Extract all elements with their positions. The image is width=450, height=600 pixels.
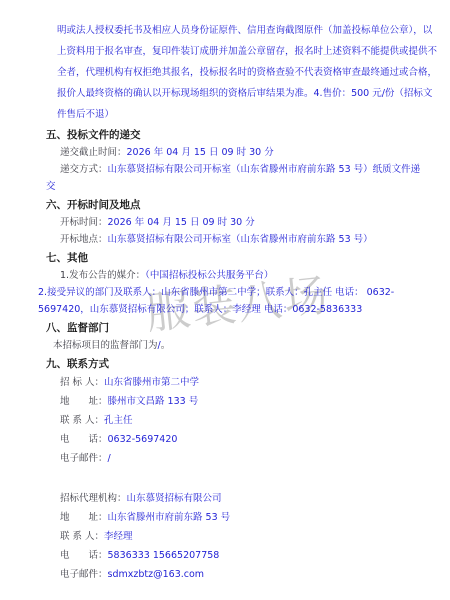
submission-deadline-value: 2026 年 04 月 15 日 09 时 30 分 — [127, 147, 274, 158]
intro-line: 全者，代理机构有权拒绝其报名，投标报名时的资格查验不代表资格审查最终通过或合格， — [57, 62, 426, 83]
tenderer-address-row: 地 址：滕州市文昌路 133 号 — [60, 392, 426, 411]
section-supervision-heading: 八、监督部门 — [46, 320, 426, 337]
agency-email-label: 电子邮件： — [60, 569, 108, 580]
opening-time-line: 开标时间：2026 年 04 月 15 日 09 时 30 分 — [60, 214, 426, 231]
submission-method-value-wrap: 交 — [46, 178, 426, 195]
section-supervision: 八、监督部门 本招标项目的监督部门为/。 — [38, 320, 426, 354]
agency-contact-label: 联 系 人： — [60, 531, 104, 542]
submission-deadline-label: 递交截止时间： — [60, 147, 127, 158]
other-item2-line1: 2.接受异议的部门及联系人：山东省滕州市第二中学；联系人：孔主任 电话： 063… — [38, 284, 426, 301]
tenderer-name-row: 招 标 人：山东省滕州市第二中学 — [60, 373, 426, 392]
tenderer-phone-value: 0632-5697420 — [108, 434, 178, 445]
tenderer-name-value: 山东省滕州市第二中学 — [104, 377, 199, 388]
other-item1-line: 1.发布公告的媒介：（中国招标投标公共服务平台） — [60, 267, 426, 284]
intro-paragraph: 明或法人授权委托书及相应人员身份证原件、信用查询截图原件（加盖投标单位公章），以… — [38, 20, 426, 125]
agency-name-row: 招标代理机构：山东慕贤招标有限公司 — [60, 489, 426, 508]
agency-contact-row: 联 系 人：李经理 — [60, 527, 426, 546]
document-body: 明或法人授权委托书及相应人员身份证原件、信用查询截图原件（加盖投标单位公章），以… — [0, 0, 450, 584]
section-contact-heading: 九、联系方式 — [46, 356, 426, 373]
tenderer-block: 招 标 人：山东省滕州市第二中学 地 址：滕州市文昌路 133 号 联 系 人：… — [38, 373, 426, 468]
submission-method-line: 递交方式：山东慕贤招标有限公司开标室（山东省滕州市府前东路 53 号）纸质文件递 — [60, 161, 426, 178]
other-item1-value: （中国招标投标公共服务平台） — [145, 270, 273, 281]
tenderer-contact-row: 联 系 人：孔主任 — [60, 411, 426, 430]
agency-email-value: sdmxzbtz@163.com — [108, 569, 205, 580]
section-other-heading: 七、其他 — [46, 250, 426, 267]
supervision-body-line: 本招标项目的监督部门为/。 — [53, 337, 426, 354]
document-page: { "page": { "watermark": "服装八场", "colors… — [0, 0, 450, 600]
submission-method-label: 递交方式： — [60, 164, 108, 175]
agency-phone-label: 电 话： — [60, 550, 108, 561]
opening-time-value: 2026 年 04 月 15 日 09 时 30 分 — [108, 217, 255, 228]
tenderer-contact-value: 孔主任 — [104, 415, 133, 426]
section-opening: 六、开标时间及地点 开标时间：2026 年 04 月 15 日 09 时 30 … — [38, 197, 426, 248]
agency-name-label: 招标代理机构： — [60, 493, 127, 504]
intro-line: 报价人最终资格的确认以开标现场组织的资格后审结果为准。4.售价：500 元/份（… — [57, 83, 426, 104]
tenderer-contact-label: 联 系 人： — [60, 415, 104, 426]
opening-time-label: 开标时间： — [60, 217, 108, 228]
agency-name-value: 山东慕贤招标有限公司 — [127, 493, 222, 504]
intro-line: 上资料用于报名审查，复印件装订成册并加盖公章留存，报名时上述资料不能提供或提供不 — [57, 41, 426, 62]
agency-address-label: 地 址： — [60, 512, 108, 523]
opening-place-line: 开标地点：山东慕贤招标有限公司开标室（山东省滕州市府前东路 53 号） — [60, 231, 426, 248]
section-submission: 五、投标文件的递交 递交截止时间：2026 年 04 月 15 日 09 时 3… — [38, 127, 426, 195]
submission-deadline-line: 递交截止时间：2026 年 04 月 15 日 09 时 30 分 — [60, 144, 426, 161]
agency-phone-row: 电 话：5836333 15665207758 — [60, 546, 426, 565]
tenderer-email-value: / — [108, 453, 111, 464]
agency-block: 招标代理机构：山东慕贤招标有限公司 地 址：山东省滕州市府前东路 53 号 联 … — [38, 489, 426, 584]
supervision-body-suffix: 。 — [161, 340, 171, 351]
agency-email-row: 电子邮件：sdmxzbtz@163.com — [60, 565, 426, 584]
supervision-body-prefix: 本招标项目的监督部门为 — [53, 340, 158, 351]
agency-phone-value: 5836333 15665207758 — [108, 550, 220, 561]
intro-line: 明或法人授权委托书及相应人员身份证原件、信用查询截图原件（加盖投标单位公章），以 — [57, 20, 426, 41]
submission-method-value: 山东慕贤招标有限公司开标室（山东省滕州市府前东路 53 号）纸质文件递 — [108, 164, 421, 175]
tenderer-address-value: 滕州市文昌路 133 号 — [108, 396, 199, 407]
opening-place-label: 开标地点： — [60, 234, 108, 245]
tenderer-email-row: 电子邮件：/ — [60, 449, 426, 468]
tenderer-address-label: 地 址： — [60, 396, 108, 407]
agency-address-value: 山东省滕州市府前东路 53 号 — [108, 512, 231, 523]
tenderer-phone-row: 电 话：0632-5697420 — [60, 430, 426, 449]
tenderer-name-label: 招 标 人： — [60, 377, 104, 388]
section-submission-heading: 五、投标文件的递交 — [46, 127, 426, 144]
other-item1-label: 1.发布公告的媒介： — [60, 270, 145, 281]
intro-line: 件售后不退） — [57, 104, 426, 125]
tenderer-phone-label: 电 话： — [60, 434, 108, 445]
section-other: 七、其他 1.发布公告的媒介：（中国招标投标公共服务平台） 2.接受异议的部门及… — [38, 250, 426, 318]
section-opening-heading: 六、开标时间及地点 — [46, 197, 426, 214]
section-contact: 九、联系方式 招 标 人：山东省滕州市第二中学 地 址：滕州市文昌路 133 号… — [38, 356, 426, 584]
agency-address-row: 地 址：山东省滕州市府前东路 53 号 — [60, 508, 426, 527]
other-item2-line2: 5697420，山东慕贤招标有限公司；联系人：李经理 电话：0632-58363… — [38, 301, 426, 318]
agency-contact-value: 李经理 — [104, 531, 133, 542]
opening-place-value: 山东慕贤招标有限公司开标室（山东省滕州市府前东路 53 号） — [108, 234, 373, 245]
tenderer-email-label: 电子邮件： — [60, 453, 108, 464]
